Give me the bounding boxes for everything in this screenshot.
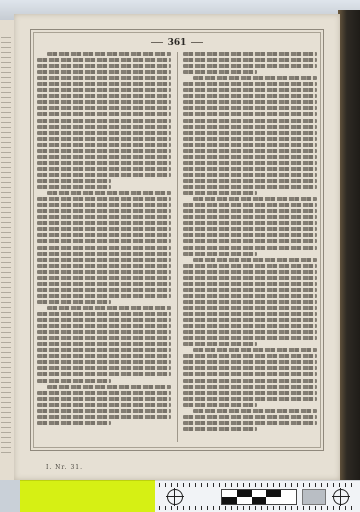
text-line <box>183 179 317 183</box>
text-line <box>183 252 257 256</box>
text-column-right <box>183 52 317 433</box>
checker-pattern <box>221 489 297 505</box>
text-line <box>37 179 111 183</box>
text-line <box>47 191 171 195</box>
text-line <box>183 276 317 280</box>
text-line <box>37 161 171 165</box>
checker-cell <box>237 497 252 504</box>
text-paragraph <box>183 197 317 255</box>
text-line <box>47 306 171 310</box>
text-line <box>37 354 171 358</box>
text-line <box>183 161 317 165</box>
text-paragraph <box>183 52 317 74</box>
text-line <box>183 379 317 383</box>
text-line <box>37 100 171 104</box>
text-line <box>183 52 317 56</box>
text-line <box>37 143 171 147</box>
text-line <box>37 221 171 225</box>
text-line <box>37 131 171 135</box>
text-line <box>37 360 171 364</box>
text-line <box>183 131 317 135</box>
text-line <box>37 415 171 419</box>
crosshair-target-icon <box>333 489 349 505</box>
checker-cell <box>222 497 237 504</box>
text-line <box>37 342 171 346</box>
text-line <box>37 64 171 68</box>
text-line <box>37 106 171 110</box>
text-paragraph <box>37 52 171 183</box>
text-line <box>37 125 171 129</box>
text-line <box>183 239 317 243</box>
checker-cell <box>252 490 267 497</box>
checker-cell <box>281 490 296 497</box>
text-line <box>183 385 317 389</box>
text-line <box>37 324 171 328</box>
text-line <box>183 246 317 250</box>
text-line <box>183 58 317 62</box>
text-line <box>37 119 171 123</box>
text-line <box>37 197 171 201</box>
ruler-ticks-bottom <box>159 506 356 510</box>
text-line <box>183 330 317 334</box>
text-line <box>37 173 171 177</box>
text-line <box>37 282 171 286</box>
text-line <box>183 155 317 159</box>
text-line <box>183 227 317 231</box>
column-divider <box>177 52 178 442</box>
text-line <box>183 215 317 219</box>
text-line <box>37 276 171 280</box>
text-paragraph <box>183 258 317 347</box>
text-line <box>183 270 317 274</box>
text-line <box>183 112 317 116</box>
text-line <box>183 415 317 419</box>
book-page: 361 I. Nr. 31. <box>14 14 340 480</box>
text-line <box>37 155 171 159</box>
text-line <box>183 70 257 74</box>
text-line <box>183 354 317 358</box>
checker-cell <box>266 497 281 504</box>
text-line <box>183 360 317 364</box>
checker-cell <box>237 490 252 497</box>
text-line <box>37 167 171 171</box>
text-line <box>37 391 171 395</box>
text-line <box>183 282 317 286</box>
signature-mark: I. Nr. 31. <box>46 464 83 471</box>
calibration-ruler <box>155 480 360 512</box>
text-line <box>37 88 171 92</box>
text-line <box>37 246 171 250</box>
text-line <box>183 397 317 401</box>
text-line <box>37 421 111 425</box>
text-line <box>183 391 317 395</box>
text-line <box>183 312 317 316</box>
text-line <box>37 294 171 298</box>
text-line <box>37 209 171 213</box>
text-paragraph <box>183 348 317 406</box>
text-line <box>183 167 317 171</box>
text-line <box>183 264 317 268</box>
text-column-left <box>37 52 171 427</box>
text-line <box>183 100 317 104</box>
text-line <box>183 106 317 110</box>
text-line <box>37 348 171 352</box>
text-line <box>37 76 171 80</box>
text-line <box>183 88 317 92</box>
text-paragraph <box>37 306 171 383</box>
text-line <box>37 312 171 316</box>
facing-page-text <box>1 34 11 454</box>
text-line <box>183 342 257 346</box>
text-line <box>183 119 317 123</box>
text-line <box>183 288 317 292</box>
text-paragraph <box>37 185 171 189</box>
text-line <box>37 366 171 370</box>
text-line <box>37 239 171 243</box>
text-line <box>183 306 317 310</box>
checker-cell <box>281 497 296 504</box>
text-line <box>183 324 317 328</box>
text-paragraph <box>183 409 317 431</box>
text-line <box>183 233 317 237</box>
text-line <box>37 137 171 141</box>
text-line <box>183 294 317 298</box>
text-line <box>183 143 317 147</box>
grey-reference-patch <box>302 489 326 505</box>
text-line <box>193 409 317 413</box>
text-line <box>193 197 317 201</box>
text-line <box>47 385 171 389</box>
text-line <box>183 64 317 68</box>
page-number: 361 <box>31 38 323 48</box>
text-line <box>183 82 317 86</box>
text-line <box>37 70 171 74</box>
text-line <box>37 330 171 334</box>
text-line <box>37 403 171 407</box>
text-line <box>37 409 171 413</box>
text-line <box>183 300 317 304</box>
text-paragraph <box>183 76 317 195</box>
text-line <box>37 270 171 274</box>
text-line <box>193 348 317 352</box>
text-line <box>183 366 317 370</box>
text-line <box>183 94 317 98</box>
text-line <box>47 52 171 56</box>
text-line <box>183 203 317 207</box>
checker-cell <box>266 490 281 497</box>
text-line <box>37 233 171 237</box>
text-paragraph <box>37 385 171 425</box>
text-line <box>37 112 171 116</box>
text-line <box>37 82 171 86</box>
text-line <box>37 372 171 376</box>
text-line <box>183 421 317 425</box>
text-line <box>37 300 111 304</box>
text-line <box>183 221 317 225</box>
text-line <box>183 173 317 177</box>
text-line <box>37 227 171 231</box>
ruler-ticks-top <box>159 483 356 487</box>
text-line <box>37 288 171 292</box>
text-line <box>37 397 171 401</box>
facing-page-edge <box>0 20 15 480</box>
text-line <box>183 427 257 431</box>
text-line <box>183 209 317 213</box>
text-line <box>37 379 111 383</box>
book-binding <box>338 10 360 480</box>
text-line <box>183 191 257 195</box>
color-calibration-sticker <box>20 480 156 512</box>
text-line <box>193 258 317 262</box>
text-line <box>37 258 171 262</box>
text-line <box>37 58 171 62</box>
text-line <box>183 403 257 407</box>
checker-cell <box>222 490 237 497</box>
text-paragraph <box>37 191 171 304</box>
text-line <box>183 149 317 153</box>
text-line <box>37 336 171 340</box>
text-line <box>37 149 171 153</box>
text-line <box>37 252 171 256</box>
text-line <box>37 215 171 219</box>
text-line <box>37 264 171 268</box>
crosshair-target-icon <box>167 489 183 505</box>
text-line <box>183 372 317 376</box>
text-line <box>183 137 317 141</box>
text-line <box>183 125 317 129</box>
page-frame: 361 <box>30 29 324 451</box>
checker-cell <box>252 497 267 504</box>
text-line <box>183 336 317 340</box>
text-line <box>37 203 171 207</box>
text-line <box>37 94 171 98</box>
text-line <box>183 318 317 322</box>
text-line <box>183 185 317 189</box>
text-line <box>193 76 317 80</box>
text-line <box>37 318 171 322</box>
text-line <box>37 185 111 189</box>
